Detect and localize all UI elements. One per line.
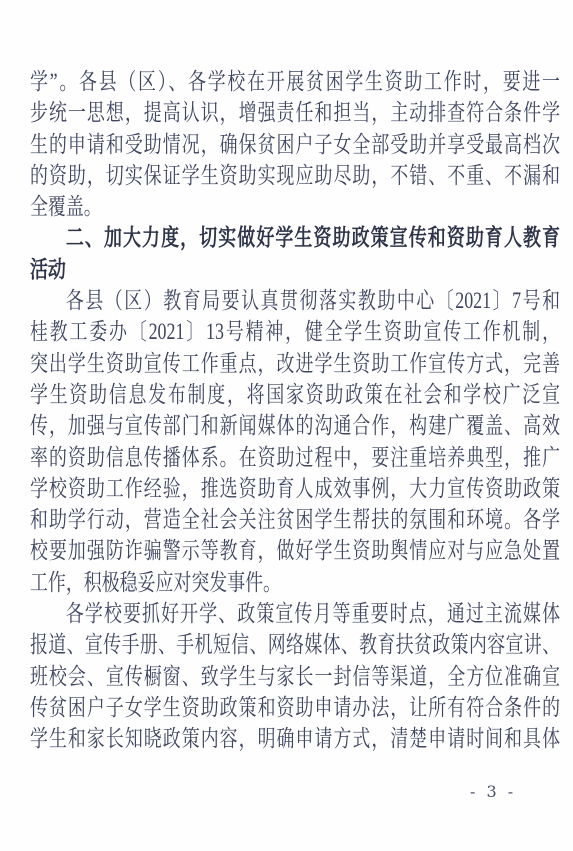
text-line: 突出学生资助宣传工作重点，改进学生资助工作宣传方式，完善: [30, 348, 560, 379]
text-line: 学”。各县（区）、各学校在开展贫困学生资助工作时，要进一: [30, 66, 560, 97]
page-number: - 3 -: [470, 782, 516, 801]
section-heading-line: 活动: [30, 254, 560, 285]
text-line: 学生资助信息发布制度，将国家资助政策在社会和学校广泛宣: [30, 379, 560, 410]
text-line: 工作，积极稳妥应对突发事件。: [30, 567, 560, 598]
text-line: 各县（区）教育局要认真贯彻落实教助中心〔2021〕7号和: [30, 285, 560, 316]
text-line: 班校会、宣传橱窗、致学生与家长一封信等渠道，全方位准确宣: [30, 661, 560, 692]
text-line: 全覆盖。: [30, 191, 560, 222]
text-line: 和助学行动，营造全社会关注贫困学生帮扶的氛围和环境。各学: [30, 504, 560, 535]
text-line: 生的申请和受助情况，确保贫困户子女全部受助并享受最高档次: [30, 129, 560, 160]
text-line: 各学校要抓好开学、政策宣传月等重要时点，通过主流媒体: [30, 598, 560, 629]
document-page: 学”。各县（区）、各学校在开展贫困学生资助工作时，要进一 步统一思想，提高认识，…: [0, 0, 573, 851]
text-line: 学校资助工作经验，推选资助育人成效事例，大力宣传资助政策: [30, 473, 560, 504]
text-line: 学生和家长知晓政策内容，明确申请方式，清楚申请时间和具体: [30, 723, 560, 754]
text-line: 桂教工委办〔2021〕13号精神，健全学生资助宣传工作机制，: [30, 316, 560, 347]
text-line: 报道、宣传手册、手机短信、网络媒体、教育扶贫政策内容宣讲、: [30, 629, 560, 660]
document-text-block: 学”。各县（区）、各学校在开展贫困学生资助工作时，要进一 步统一思想，提高认识，…: [30, 66, 560, 755]
text-line: 传贫困户子女学生资助政策和资助申请办法，让所有符合条件的: [30, 692, 560, 723]
text-line: 校要加强防诈骗警示等教育，做好学生资助舆情应对与应急处置: [30, 535, 560, 566]
text-line: 率的资助信息传播体系。在资助过程中，要注重培养典型，推广: [30, 442, 560, 473]
text-line: 传，加强与宣传部门和新闻媒体的沟通合作，构建广覆盖、高效: [30, 410, 560, 441]
section-heading-line: 二、加大力度，切实做好学生资助政策宣传和资助育人教育: [30, 222, 560, 253]
text-line: 步统一思想，提高认识，增强责任和担当，主动排查符合条件学: [30, 97, 560, 128]
text-line: 的资助，切实保证学生资助实现应助尽助，不错、不重、不漏和: [30, 160, 560, 191]
